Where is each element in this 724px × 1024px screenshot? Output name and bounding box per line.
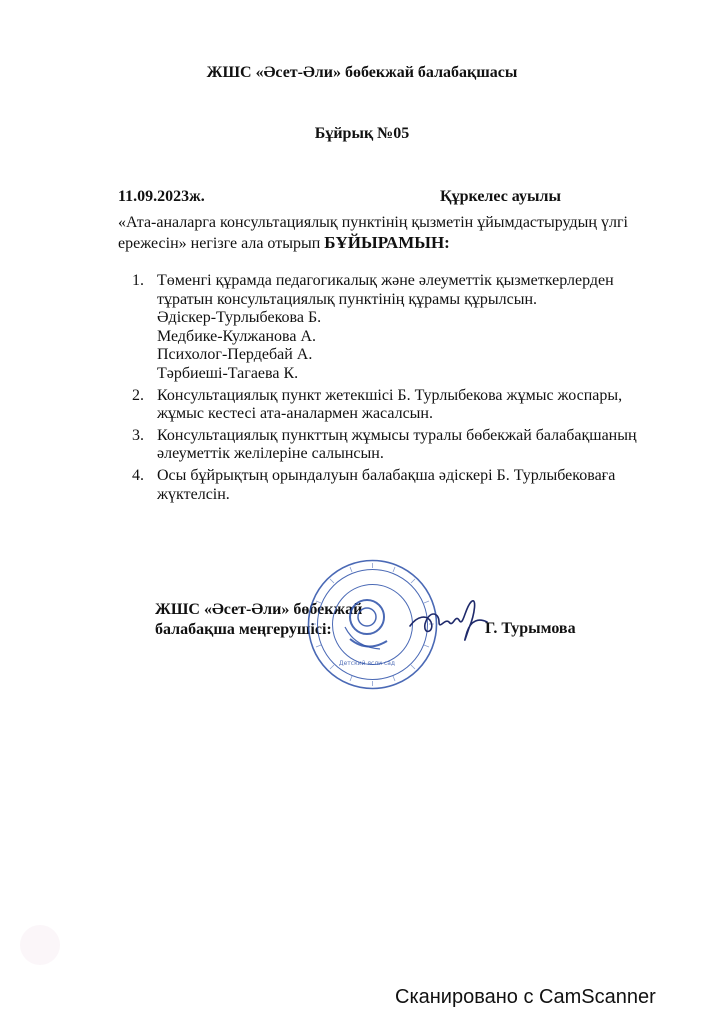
item-number: 3. (132, 427, 144, 446)
member-methodist: Әдіскер-Турлыбекова Б. (157, 309, 652, 328)
scan-smudge (20, 925, 60, 965)
order-item-3: 3. Консультациялық пункттың жұмысы турал… (132, 427, 652, 464)
item-text: Консультациялық пункт жетекшісі Б. Турлы… (157, 387, 652, 424)
order-place: Құркелес ауылы (440, 188, 561, 206)
order-item-4: 4. Осы бұйрықтың орындалуын балабақша әд… (132, 467, 652, 504)
signatory-name: Г. Турымова (485, 620, 576, 638)
member-psychologist: Психолог-Пердебай А. (157, 346, 652, 365)
order-date: 11.09.2023ж. (118, 188, 205, 206)
svg-text:Детский ясли сад: Детский ясли сад (339, 660, 395, 667)
member-teacher: Тәрбиеші-Тагаева К. (157, 365, 652, 384)
order-item-2: 2. Консультациялық пункт жетекшісі Б. Ту… (132, 387, 652, 424)
item-text: Төменгі құрамда педагогикалық және әлеум… (157, 272, 652, 309)
organization-title: ЖШС «Әсет-Әли» бөбекжай балабақшасы (0, 64, 724, 82)
order-item-1: 1. Төменгі құрамда педагогикалық және әл… (132, 272, 652, 384)
item-text: Консультациялық пункттың жұмысы туралы б… (157, 427, 652, 464)
camscanner-watermark: Сканировано с CamScanner (395, 986, 656, 1009)
item-number: 1. (132, 272, 144, 291)
member-nurse: Медбике-Кулжанова А. (157, 328, 652, 347)
item-number: 4. (132, 467, 144, 486)
preamble: «Ата-аналарга консультациялық пунктінің … (118, 213, 638, 254)
order-title: Бұйрық №05 (0, 125, 724, 143)
order-items: 1. Төменгі құрамда педагогикалық және әл… (132, 272, 652, 507)
preamble-command: БҰЙЫРАМЫН: (324, 233, 450, 252)
item-number: 2. (132, 387, 144, 406)
item-text: Осы бұйрықтың орындалуын балабақша әдіск… (157, 467, 652, 504)
handwritten-signature-icon (405, 588, 495, 648)
